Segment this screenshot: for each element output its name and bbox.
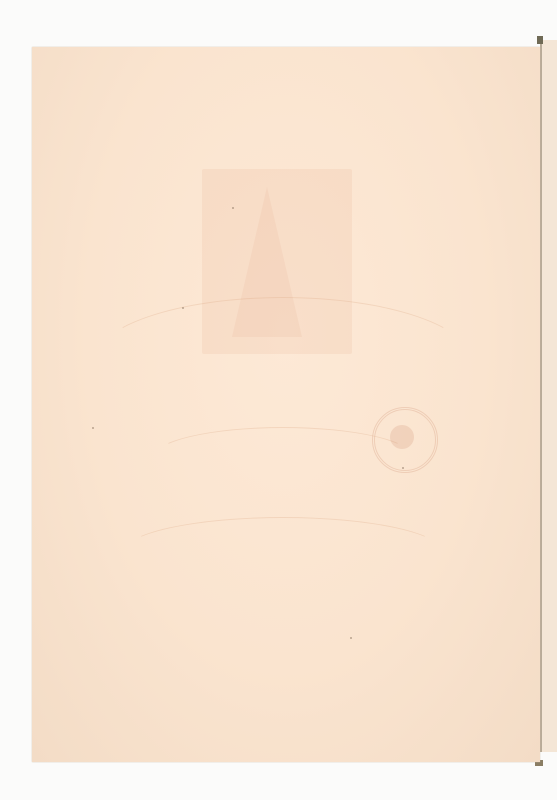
adjacent-page-edge <box>540 40 557 752</box>
paper-speck <box>92 427 94 429</box>
library-stamp-emblem <box>390 425 414 449</box>
paper-speck <box>232 207 234 209</box>
paper-speck <box>350 637 352 639</box>
bleed-through-ornament <box>122 517 444 589</box>
paper-speck <box>402 467 404 469</box>
page-corner-shadow <box>537 36 543 44</box>
scanned-page <box>32 47 540 762</box>
paper-speck <box>182 307 184 309</box>
